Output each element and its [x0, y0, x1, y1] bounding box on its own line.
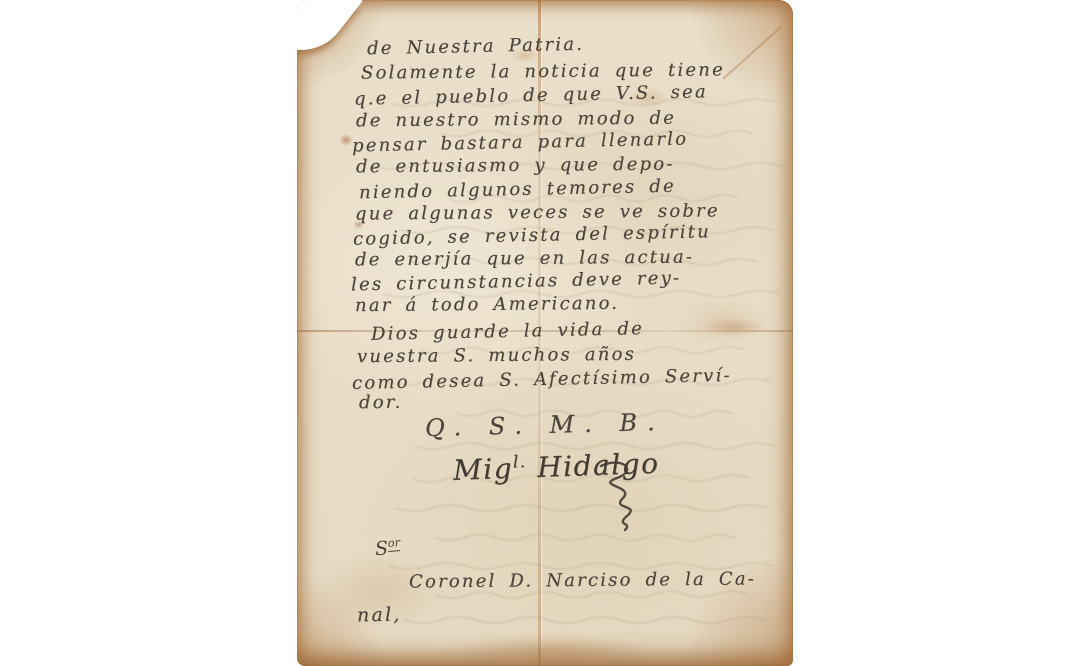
handwritten-line: como desea S. Afectísimo Serví-	[352, 365, 732, 394]
letter-paper: de Nuestra Patria. Solamente la noticia …	[297, 0, 793, 666]
handwritten-line: dor.	[359, 392, 403, 413]
handwritten-line: de Nuestra Patria.	[367, 34, 585, 60]
letter-text: de Nuestra Patria. Solamente la noticia …	[297, 0, 793, 666]
signature-superscript: l.	[513, 451, 527, 471]
addressee-line: Coronel D. Narciso de la Ca-	[409, 568, 756, 592]
handwritten-line: les circunstancias deve rey-	[351, 268, 682, 296]
handwritten-line: q.e el pueblo de que V.S. sea	[354, 81, 708, 109]
handwritten-line: de entusiasmo y que depo-	[356, 154, 675, 178]
handwritten-line: nar á todo Americano.	[355, 293, 619, 316]
salutation-superscript: or	[387, 535, 400, 552]
signature-prefix: Mig	[452, 452, 513, 487]
handwritten-line: de enerjía que en las actua-	[355, 247, 694, 271]
closing-formula: Q. S. M. B.	[425, 408, 665, 442]
handwritten-line: Dios guarde la vida de	[371, 318, 644, 345]
handwritten-line: de nuestro mismo modo de	[356, 108, 676, 132]
handwritten-line: que algunas veces se ve sobre	[355, 200, 720, 224]
handwritten-line: vuestra S. muchos años	[357, 344, 636, 367]
addressee-line: nal,	[357, 604, 402, 627]
photo-canvas: de Nuestra Patria. Solamente la noticia …	[0, 0, 1081, 666]
handwritten-line: pensar bastara para llenarlo	[352, 128, 689, 156]
addressee-salutation: Sor	[374, 535, 401, 560]
signature-rubric	[587, 460, 649, 534]
handwritten-line: niendo algunos temores de	[359, 176, 676, 204]
handwritten-line: cogido, se revista del espíritu	[353, 221, 711, 249]
handwritten-line: Solamente la noticia que tiene	[361, 59, 725, 83]
